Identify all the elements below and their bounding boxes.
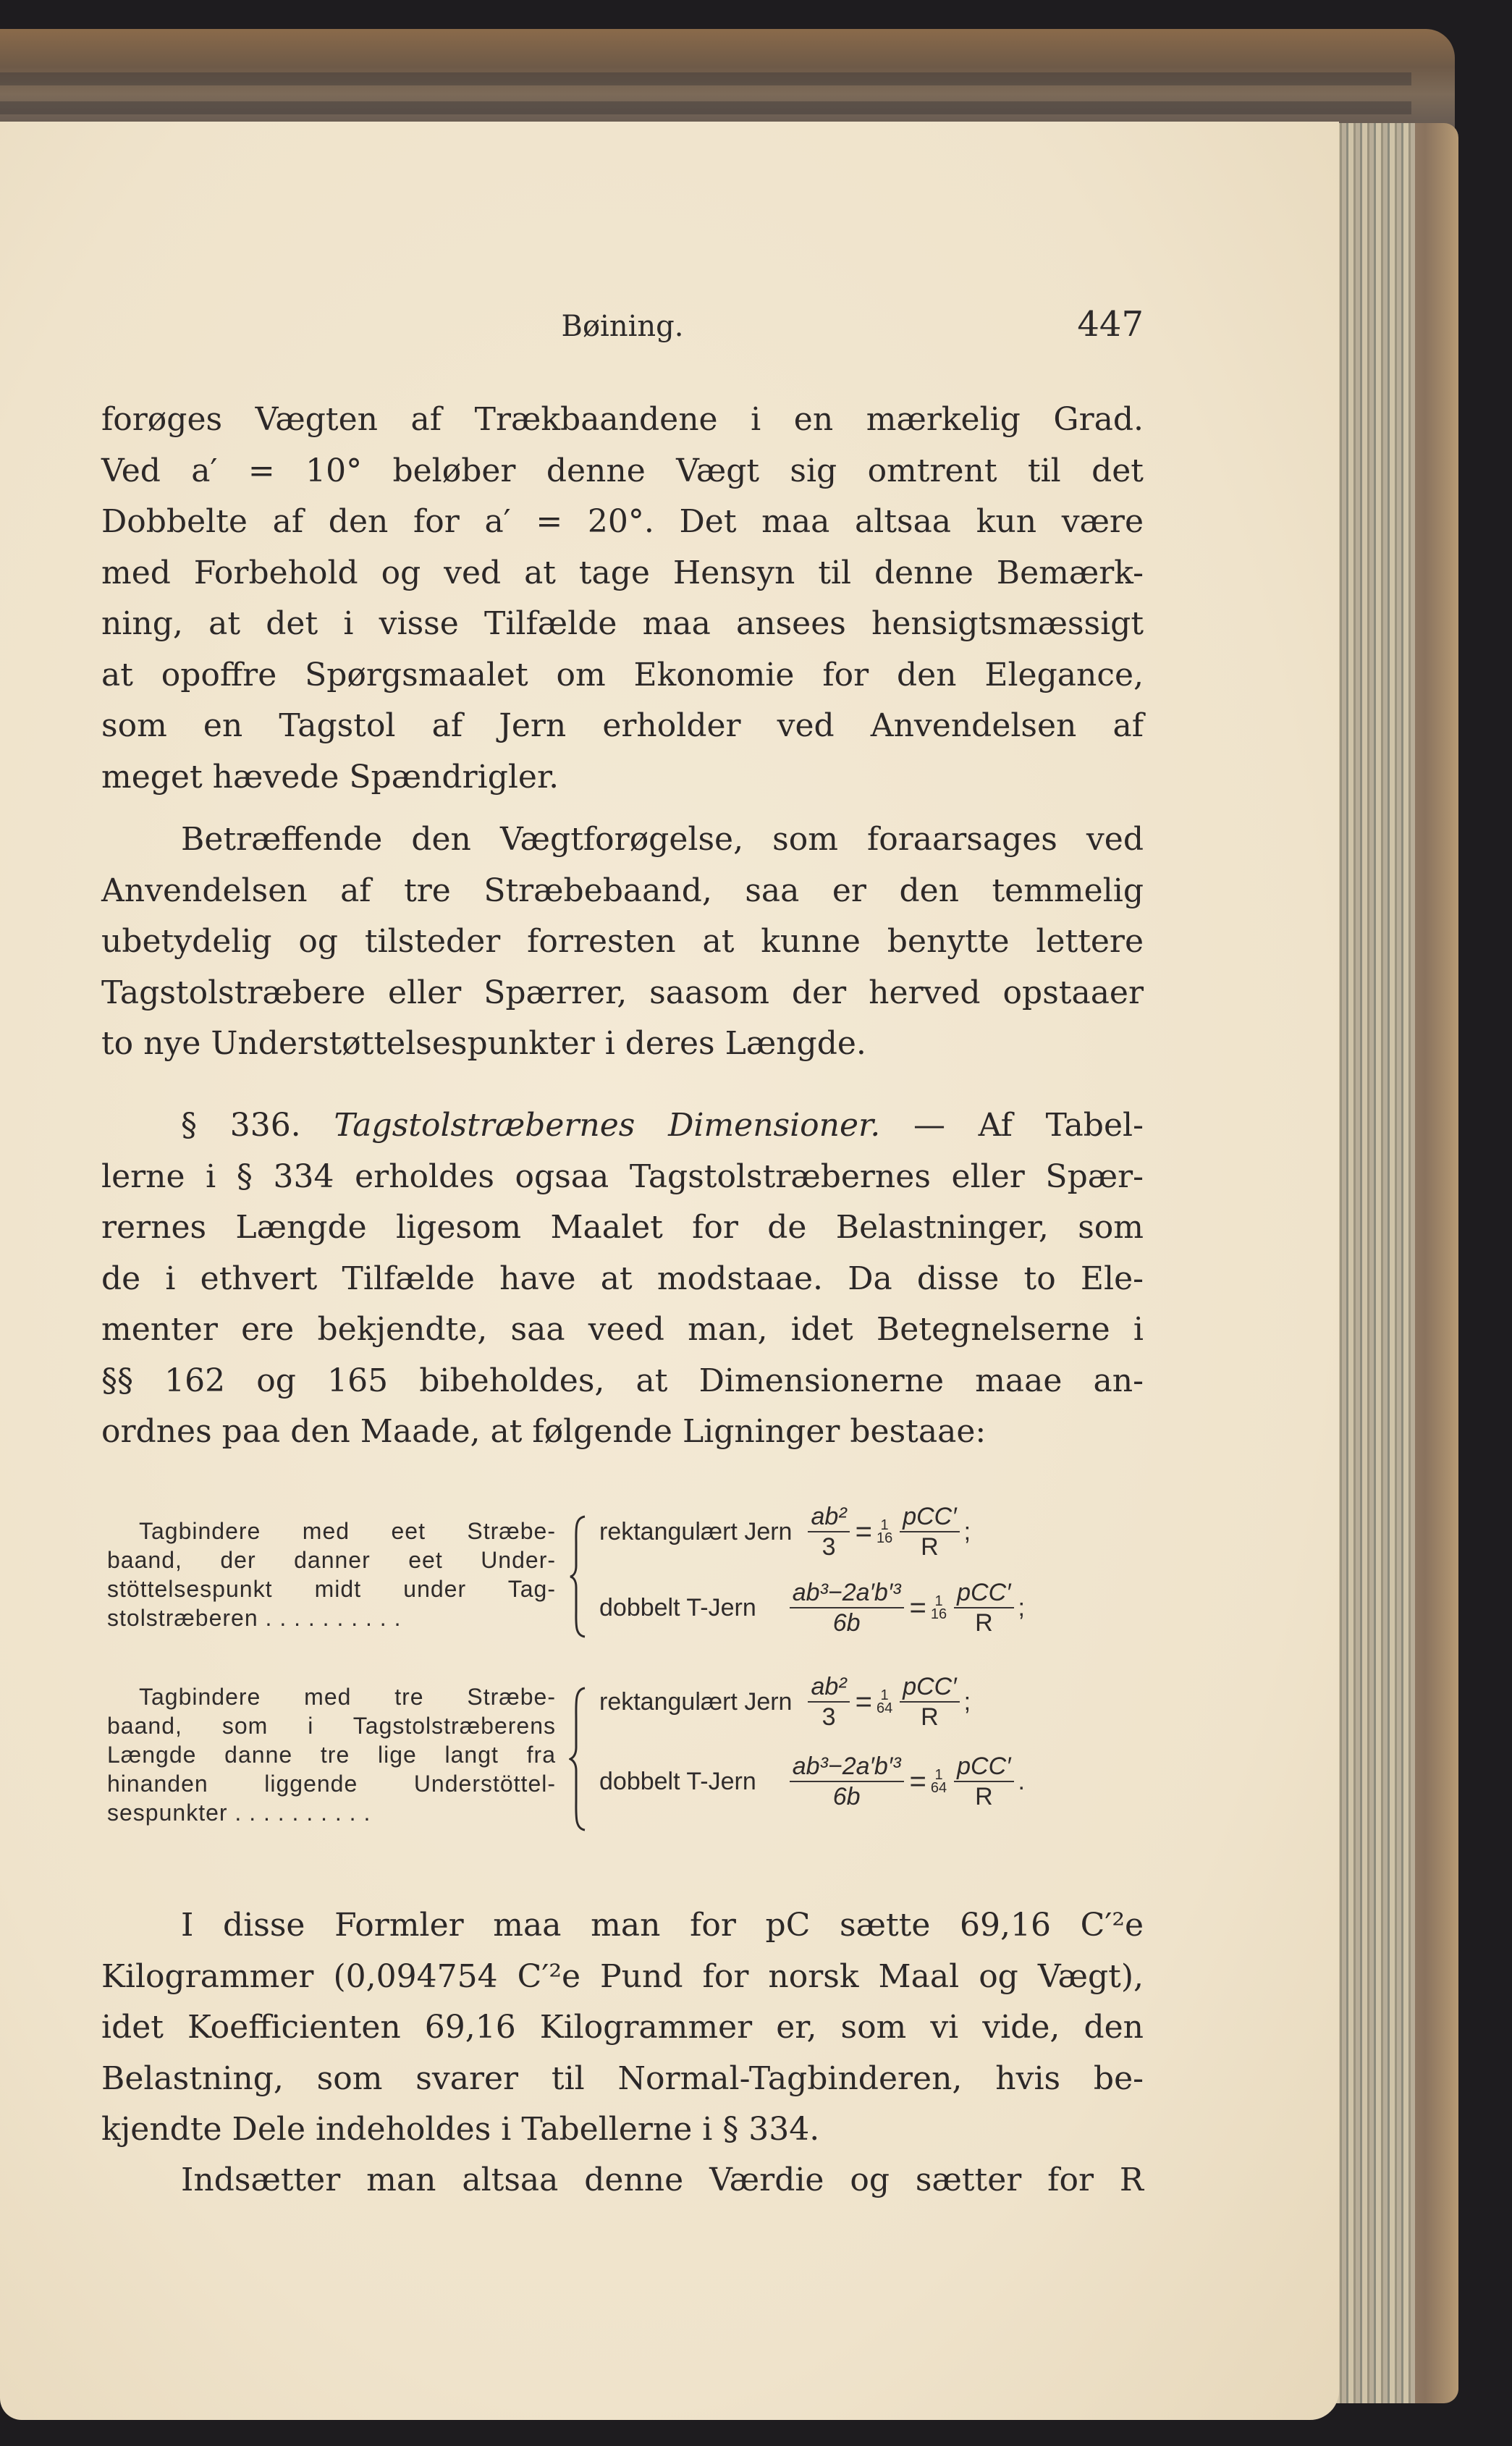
text-line: kjendte Dele indeholdes i Tabellerne i §… <box>101 2104 1144 2156</box>
formula-end-punct: ; <box>1018 1594 1025 1622</box>
text-line: menter ere bekjendte, saa veed man, idet… <box>101 1304 1144 1356</box>
rhs-fraction: pCC′ R <box>900 1672 959 1732</box>
text-line: som en Tagstol af Jern erholder ved Anve… <box>101 701 1144 752</box>
text-line: Tagstolstræbere eller Spærrer, saasom de… <box>101 968 1144 1019</box>
lhs-fraction: ab³−2a′b′³ 6b <box>790 1752 904 1811</box>
text-line: forøges Vægten af Trækbaandene i en mærk… <box>101 395 1144 446</box>
case-text-line: baand, der danner eet Under- <box>107 1545 556 1574</box>
text-line: Dobbelte af den for a′ = 20°. Det maa al… <box>101 497 1144 548</box>
case-text-line: Tagbindere med tre Stræbe- <box>107 1682 556 1711</box>
page-edges <box>1328 123 1415 2403</box>
text-line: Belastning, som svarer til Normal-Tagbin… <box>101 2054 1144 2105</box>
formula-case-1: Tagbindere med eet Stræbe- baand, der da… <box>107 1502 1149 1679</box>
case-text-line: baand, som i Tagstolstræberens <box>107 1711 556 1740</box>
text-line: Kilogrammer (0,094754 C′²e Pund for nors… <box>101 1952 1144 2003</box>
rhs-numerator: pCC′ <box>954 1752 1013 1782</box>
rhs-numerator: pCC′ <box>900 1502 959 1532</box>
formula-table: Tagbindere med eet Stræbe- baand, der da… <box>107 1502 1149 1868</box>
case-text-line: hinanden liggende Understöttel- <box>107 1769 556 1798</box>
lhs-numerator: ab² <box>808 1672 849 1703</box>
case-description: Tagbindere med tre Stræbe- baand, som i … <box>107 1682 556 1827</box>
case-text-line: stolstræberen . . . . . . . . . . <box>107 1603 556 1632</box>
lhs-numerator: ab³−2a′b′³ <box>790 1578 904 1608</box>
text-line: Indsætter man altsaa denne Værdie og sæt… <box>101 2155 1144 2206</box>
coef-denominator: 64 <box>931 1781 947 1795</box>
equals-sign: = <box>910 1766 926 1798</box>
coefficient-fraction: 1 16 <box>931 1595 947 1621</box>
paragraph-2: Betræffende den Vægtforøgelse, som foraa… <box>101 814 1144 1070</box>
lhs-numerator: ab³−2a′b′³ <box>790 1752 904 1782</box>
coefficient-fraction: 1 64 <box>877 1689 892 1715</box>
section-dash: — <box>913 1107 945 1144</box>
case-text-line: stöttelsespunkt midt under Tag- <box>107 1574 556 1603</box>
text-line: ubetydelig og tilsteder forresten at kun… <box>101 916 1144 968</box>
paragraph-3: I disse Formler maa man for pC sætte 69,… <box>101 1900 1144 2156</box>
formula-t-iron-1: dobbelt T-Jern ab³−2a′b′³ 6b = 1 16 pCC′… <box>599 1578 1025 1637</box>
lhs-denominator: 6b <box>833 1782 861 1811</box>
case-text-line: Længde danne tre lige langt fra <box>107 1740 556 1769</box>
lhs-denominator: 6b <box>833 1608 861 1637</box>
paragraph-4: Indsætter man altsaa denne Værdie og sæt… <box>101 2155 1144 2206</box>
text-line: med Forbehold og ved at tage Hensyn til … <box>101 548 1144 599</box>
rhs-fraction: pCC′ R <box>954 1578 1013 1637</box>
text-line: lerne i § 334 erholdes ogsaa Tagstolstræ… <box>101 1152 1144 1203</box>
case-description: Tagbindere med eet Stræbe- baand, der da… <box>107 1517 556 1632</box>
text-line: ning, at det i visse Tilfælde maa ansees… <box>101 599 1144 650</box>
curly-brace-icon <box>569 1515 588 1638</box>
lhs-fraction: ab² 3 <box>808 1672 849 1732</box>
text-line: idet Koefficienten 69,16 Kilogrammer er,… <box>101 2002 1144 2054</box>
section-first-line-rest: Af Tabel- <box>979 1107 1144 1144</box>
lhs-denominator: 3 <box>822 1532 836 1561</box>
text-line: §§ 162 og 165 bibeholdes, at Dimensioner… <box>101 1356 1144 1407</box>
text-line: to nye Understøttelsespunkter i deres Læ… <box>101 1019 1144 1070</box>
formula-end-punct: ; <box>964 1688 971 1716</box>
section-number: § 336. <box>181 1107 301 1144</box>
case-text-line: sespunkter . . . . . . . . . . <box>107 1798 556 1827</box>
formula-end-punct: . <box>1018 1768 1025 1796</box>
rhs-denominator: R <box>921 1703 939 1732</box>
text-line: ordnes paa den Maade, at følgende Lignin… <box>101 1407 1144 1458</box>
formula-label: rektangulært Jern <box>599 1518 792 1546</box>
text-line: I disse Formler maa man for pC sætte 69,… <box>101 1900 1144 1952</box>
rhs-fraction: pCC′ R <box>900 1502 959 1561</box>
rhs-numerator: pCC′ <box>900 1672 959 1703</box>
text-line: meget hævede Spændrigler. <box>101 752 1144 804</box>
formula-rect-iron-1: rektangulært Jern ab² 3 = 1 16 pCC′ R ; <box>599 1502 971 1561</box>
rhs-denominator: R <box>975 1608 993 1637</box>
text-line: at opoffre Spørgsmaalet om Ekonomie for … <box>101 650 1144 701</box>
text-line: Betræffende den Vægtforøgelse, som foraa… <box>101 814 1144 866</box>
running-head: Bøining. 447 <box>101 304 1144 347</box>
section-heading-line: § 336. Tagstolstræbernes Dimensioner. — … <box>101 1100 1144 1152</box>
rhs-fraction: pCC′ R <box>954 1752 1013 1811</box>
formula-t-iron-2: dobbelt T-Jern ab³−2a′b′³ 6b = 1 64 pCC′… <box>599 1752 1025 1811</box>
formula-case-2: Tagbindere med tre Stræbe- baand, som i … <box>107 1679 1149 1868</box>
equals-sign: = <box>910 1592 926 1624</box>
lhs-fraction: ab³−2a′b′³ 6b <box>790 1578 904 1637</box>
coef-denominator: 16 <box>931 1608 947 1621</box>
equals-sign: = <box>856 1686 872 1718</box>
section-title: Tagstolstræbernes Dimensioner. <box>334 1107 880 1144</box>
text-line: rernes Længde ligesom Maalet for de Bela… <box>101 1202 1144 1254</box>
coefficient-fraction: 1 16 <box>877 1519 892 1545</box>
rhs-numerator: pCC′ <box>954 1578 1013 1608</box>
section-336: § 336. Tagstolstræbernes Dimensioner. — … <box>101 1100 1144 1458</box>
coefficient-fraction: 1 64 <box>931 1768 947 1795</box>
formula-rect-iron-2: rektangulært Jern ab² 3 = 1 64 pCC′ R ; <box>599 1672 971 1732</box>
formula-label: dobbelt T-Jern <box>599 1768 756 1796</box>
text-line: Anvendelsen af tre Stræbebaand, saa er d… <box>101 866 1144 917</box>
rhs-denominator: R <box>975 1782 993 1811</box>
cover-band <box>0 101 1411 114</box>
case-text-line: Tagbindere med eet Stræbe- <box>107 1517 556 1545</box>
coef-denominator: 64 <box>877 1702 892 1715</box>
page-number: 447 <box>1077 304 1144 345</box>
text-line: de i ethvert Tilfælde have at modstaae. … <box>101 1254 1144 1305</box>
formula-label: rektangulært Jern <box>599 1688 792 1716</box>
cover-band <box>0 72 1411 85</box>
paragraph-1: forøges Vægten af Trækbaandene i en mærk… <box>101 395 1144 803</box>
equals-sign: = <box>856 1516 872 1548</box>
formula-end-punct: ; <box>964 1518 971 1546</box>
lhs-fraction: ab² 3 <box>808 1502 849 1561</box>
formula-label: dobbelt T-Jern <box>599 1594 756 1622</box>
lhs-denominator: 3 <box>822 1703 836 1732</box>
running-head-title: Bøining. <box>101 310 1144 343</box>
coef-denominator: 16 <box>877 1532 892 1545</box>
curly-brace-icon <box>569 1687 588 1831</box>
rhs-denominator: R <box>921 1532 939 1561</box>
text-line: Ved a′ = 10° beløber denne Vægt sig omtr… <box>101 446 1144 497</box>
lhs-numerator: ab² <box>808 1502 849 1532</box>
